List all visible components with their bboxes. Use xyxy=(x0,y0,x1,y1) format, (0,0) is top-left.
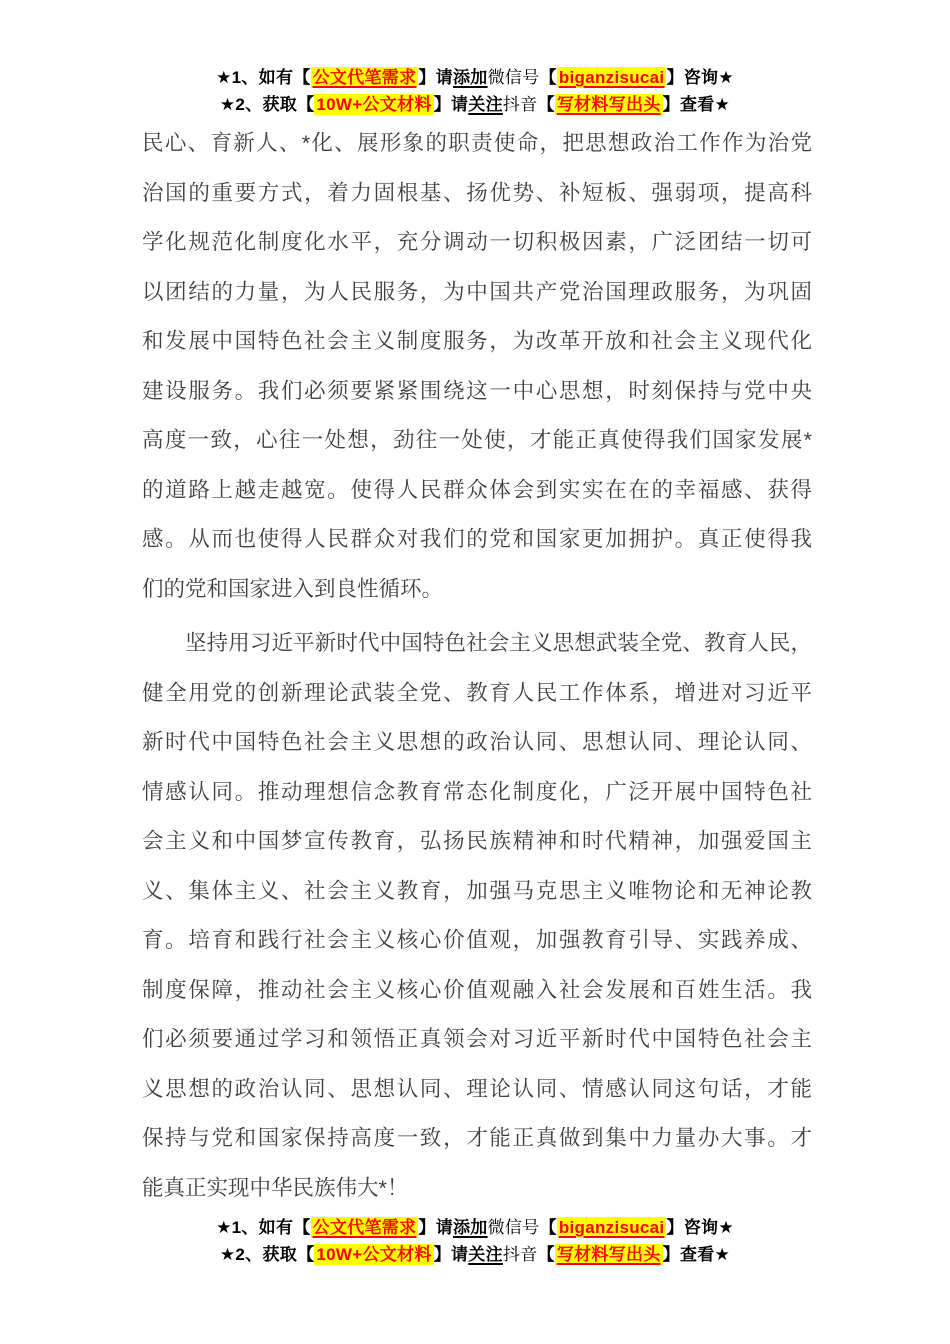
body-line: 制度保障，推动社会主义核心价值观融入社会发展和百姓生活。我 xyxy=(142,966,812,1016)
promo-text: 】咨询★ xyxy=(666,1218,733,1237)
body-line: 建设服务。我们必须要紧紧围绕这一中心思想，时刻保持与党中央 xyxy=(142,367,812,417)
highlight-writing-service: 公文代笔需求 xyxy=(311,1217,419,1238)
body-line: 的道路上越走越宽。使得人民群众体会到实实在在的幸福感、获得 xyxy=(142,466,812,516)
highlight-materials: 10W+公文材料 xyxy=(314,1244,433,1265)
body-line: 们必须要通过学习和领悟正真领会对习近平新时代中国特色社会主 xyxy=(142,1015,812,1065)
paragraph: 民心、育新人、*化、展形象的职责使命，把思想政治工作作为治党治国的重要方式，着力… xyxy=(142,119,812,614)
body-line: 坚持用习近平新时代中国特色社会主义思想武装全党、教育人民， xyxy=(142,619,812,669)
promo-footer-line-1: ★1、如有【公文代笔需求】请添加微信号【biganzisucai】咨询★ xyxy=(0,1214,950,1241)
body-line: 民心、育新人、*化、展形象的职责使命，把思想政治工作作为治党 xyxy=(142,119,812,169)
promo-text: ★1、如有【 xyxy=(216,68,311,87)
promo-text: 】查看★ xyxy=(663,1245,730,1264)
body-line: 健全用党的创新理论武装全党、教育人民工作体系，增进对习近平 xyxy=(142,669,812,719)
underline-follow: 关注 xyxy=(468,95,503,114)
promo-text: 】请 xyxy=(418,68,453,87)
promo-text: ★2、获取【 xyxy=(220,95,315,114)
body-line: 能真正实现中华民族伟大*！ xyxy=(142,1164,812,1214)
highlight-douyin-account: 写材料写出头 xyxy=(555,94,663,115)
highlight-materials: 10W+公文材料 xyxy=(314,94,433,115)
promo-text: 【 xyxy=(538,1245,555,1264)
promo-text: 】咨询★ xyxy=(666,68,733,87)
paragraph: 坚持用习近平新时代中国特色社会主义思想武装全党、教育人民，健全用党的创新理论武装… xyxy=(142,619,812,1213)
promo-text: 抖音 xyxy=(503,1245,538,1264)
promo-text: 】请 xyxy=(434,1245,469,1264)
document-body-text: 民心、育新人、*化、展形象的职责使命，把思想政治工作作为治党治国的重要方式，着力… xyxy=(142,119,812,1213)
promo-text: 微信号 xyxy=(488,68,540,87)
promo-header-line-1: ★1、如有【公文代笔需求】请添加微信号【biganzisucai】咨询★ xyxy=(0,64,950,91)
underline-add: 添加 xyxy=(453,68,488,87)
highlight-douyin-account: 写材料写出头 xyxy=(555,1244,663,1265)
body-line: 学化规范化制度化水平，充分调动一切积极因素，广泛团结一切可 xyxy=(142,218,812,268)
body-line: 新时代中国特色社会主义思想的政治认同、思想认同、理论认同、 xyxy=(142,718,812,768)
body-line: 保持与党和国家保持高度一致，才能正真做到集中力量办大事。才 xyxy=(142,1114,812,1164)
promo-text: 】查看★ xyxy=(663,95,730,114)
body-line: 会主义和中国梦宣传教育，弘扬民族精神和时代精神，加强爱国主 xyxy=(142,817,812,867)
body-line: 感。从而也使得人民群众对我们的党和国家更加拥护。真正使得我 xyxy=(142,515,812,565)
body-line: 以团结的力量，为人民服务，为中国共产党治国理政服务，为巩固 xyxy=(142,268,812,318)
promo-header: ★1、如有【公文代笔需求】请添加微信号【biganzisucai】咨询★ ★2、… xyxy=(0,64,950,118)
body-line: 育。培育和践行社会主义核心价值观，加强教育引导、实践养成、 xyxy=(142,916,812,966)
promo-text: 抖音 xyxy=(503,95,538,114)
promo-footer-line-2: ★2、获取【10W+公文材料】请关注抖音【写材料写出头】查看★ xyxy=(0,1241,950,1268)
underline-follow: 关注 xyxy=(468,1245,503,1264)
body-line: 和发展中国特色社会主义制度服务，为改革开放和社会主义现代化 xyxy=(142,317,812,367)
body-line: 义、集体主义、社会主义教育，加强马克思主义唯物论和无神论教 xyxy=(142,867,812,917)
promo-text: 】请 xyxy=(418,1218,453,1237)
body-line: 高度一致，心往一处想，劲往一处使，才能正真使得我们国家发展* xyxy=(142,416,812,466)
highlight-wechat-id: biganzisucai xyxy=(557,1217,667,1238)
body-line: 义思想的政治认同、思想认同、理论认同、情感认同这句话，才能 xyxy=(142,1065,812,1115)
promo-text: ★1、如有【 xyxy=(216,1218,311,1237)
promo-text: 【 xyxy=(540,1218,557,1237)
promo-text: 【 xyxy=(540,68,557,87)
highlight-writing-service: 公文代笔需求 xyxy=(311,67,419,88)
promo-text: 微信号 xyxy=(488,1218,540,1237)
promo-header-line-2: ★2、获取【10W+公文材料】请关注抖音【写材料写出头】查看★ xyxy=(0,91,950,118)
body-line: 们的党和国家进入到良性循环。 xyxy=(142,565,812,615)
body-line: 治国的重要方式，着力固根基、扬优势、补短板、强弱项，提高科 xyxy=(142,169,812,219)
body-line: 情感认同。推动理想信念教育常态化制度化，广泛开展中国特色社 xyxy=(142,768,812,818)
underline-add: 添加 xyxy=(453,1218,488,1237)
promo-text: ★2、获取【 xyxy=(220,1245,315,1264)
highlight-wechat-id: biganzisucai xyxy=(557,67,667,88)
document-page: ★1、如有【公文代笔需求】请添加微信号【biganzisucai】咨询★ ★2、… xyxy=(0,0,950,1344)
promo-footer: ★1、如有【公文代笔需求】请添加微信号【biganzisucai】咨询★ ★2、… xyxy=(0,1214,950,1268)
promo-text: 【 xyxy=(538,95,555,114)
promo-text: 】请 xyxy=(434,95,469,114)
